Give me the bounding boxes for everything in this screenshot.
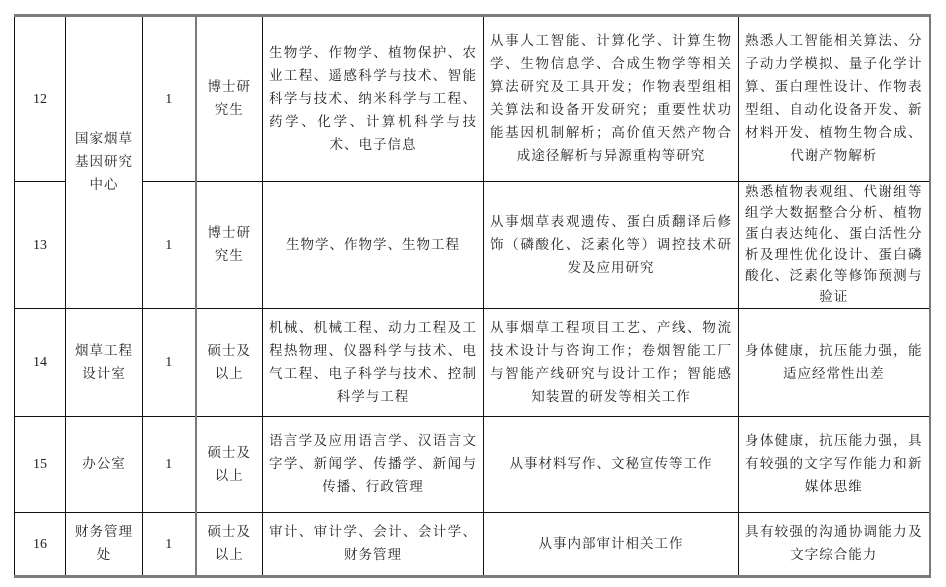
requirements-cell: 熟悉人工智能相关算法、分子动力学模拟、量子化学计算、蛋白理性设计、作物表型组、自…: [739, 16, 930, 182]
duties-cell: 从事人工智能、计算化学、计算生物学、生物信息学、合成生物学等相关算法研究及工具开…: [484, 16, 739, 182]
duties-cell: 从事内部审计相关工作: [484, 513, 739, 577]
table-row: 14 烟草工程设计室 1 硕士及以上 机械、机械工程、动力工程及工程热物理、仪器…: [15, 309, 930, 417]
majors-cell: 语言学及应用语言学、汉语言文字学、新闻学、传播学、新闻与传播、行政管理: [263, 417, 484, 513]
row-number: 16: [15, 513, 66, 577]
count-cell: 1: [143, 16, 196, 182]
department-cell: 烟草工程设计室: [66, 309, 143, 417]
row-number: 15: [15, 417, 66, 513]
majors-cell: 审计、审计学、会计、会计学、财务管理: [263, 513, 484, 577]
row-number: 12: [15, 16, 66, 182]
education-cell: 博士研究生: [196, 182, 263, 309]
count-cell: 1: [143, 513, 196, 577]
table-row: 13 1 博士研究生 生物学、作物学、生物工程 从事烟草表观遗传、蛋白质翻译后修…: [15, 182, 930, 309]
table-row: 16 财务管理处 1 硕士及以上 审计、审计学、会计、会计学、财务管理 从事内部…: [15, 513, 930, 577]
education-cell: 博士研究生: [196, 16, 263, 182]
duties-cell: 从事材料写作、文秘宣传等工作: [484, 417, 739, 513]
education-cell: 硕士及以上: [196, 417, 263, 513]
education-cell: 硕士及以上: [196, 513, 263, 577]
requirements-cell: 身体健康，抗压能力强，具有较强的文字写作能力和新媒体思维: [739, 417, 930, 513]
department-cell: 财务管理处: [66, 513, 143, 577]
duties-cell: 从事烟草工程项目工艺、产线、物流技术设计与咨询工作；卷烟智能工厂与智能产线研究与…: [484, 309, 739, 417]
requirements-cell: 具有较强的沟通协调能力及文字综合能力: [739, 513, 930, 577]
count-cell: 1: [143, 417, 196, 513]
requirements-cell: 熟悉植物表观组、代谢组等组学大数据整合分析、植物蛋白表达纯化、蛋白活性分析及理性…: [739, 182, 930, 309]
education-cell: 硕士及以上: [196, 309, 263, 417]
duties-cell: 从事烟草表观遗传、蛋白质翻译后修饰（磷酸化、泛素化等）调控技术研发及应用研究: [484, 182, 739, 309]
majors-cell: 机械、机械工程、动力工程及工程热物理、仪器科学与技术、电气工程、电子科学与技术、…: [263, 309, 484, 417]
majors-cell: 生物学、作物学、植物保护、农业工程、遥感科学与技术、智能科学与技术、纳米科学与工…: [263, 16, 484, 182]
row-number: 14: [15, 309, 66, 417]
majors-cell: 生物学、作物学、生物工程: [263, 182, 484, 309]
table-row: 15 办公室 1 硕士及以上 语言学及应用语言学、汉语言文字学、新闻学、传播学、…: [15, 417, 930, 513]
department-cell: 办公室: [66, 417, 143, 513]
department-cell: 国家烟草基因研究中心: [66, 16, 143, 309]
row-number: 13: [15, 182, 66, 309]
table-row: 12 国家烟草基因研究中心 1 博士研究生 生物学、作物学、植物保护、农业工程、…: [15, 16, 930, 182]
count-cell: 1: [143, 309, 196, 417]
count-cell: 1: [143, 182, 196, 309]
requirements-cell: 身体健康，抗压能力强，能适应经常性出差: [739, 309, 930, 417]
recruitment-table: 12 国家烟草基因研究中心 1 博士研究生 生物学、作物学、植物保护、农业工程、…: [14, 14, 931, 578]
